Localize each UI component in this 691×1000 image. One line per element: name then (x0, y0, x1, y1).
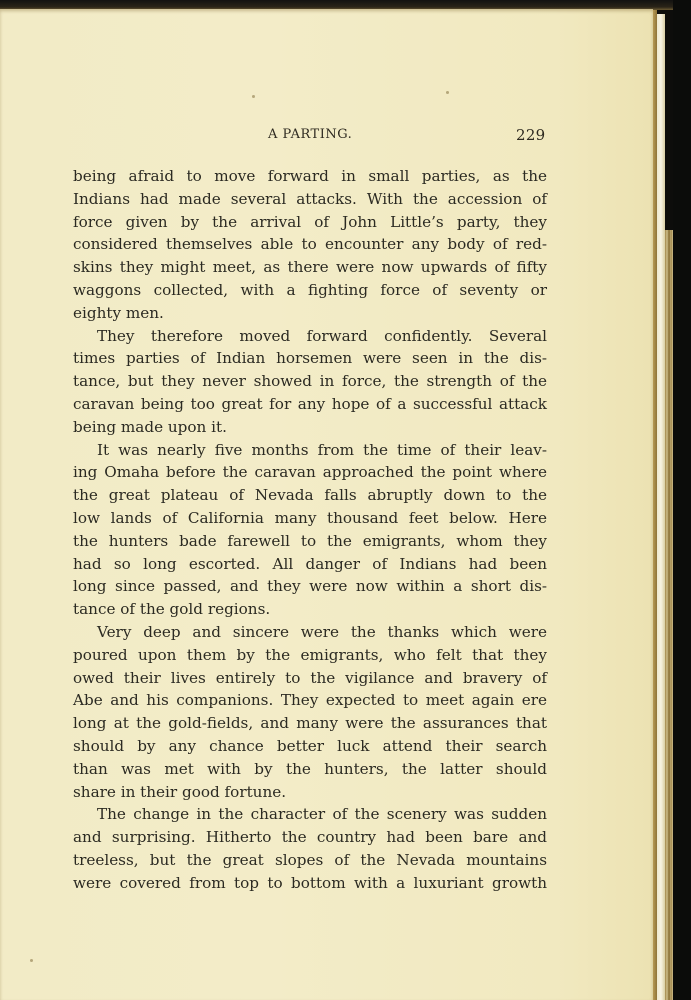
text-line: treeless, but the great slopes of the Ne… (73, 849, 547, 872)
text-line: They therefore moved forward confidently… (73, 325, 547, 348)
text-line: were covered from top to bottom with a l… (73, 872, 547, 895)
binding-shadow (673, 0, 691, 1000)
paper-speck (252, 95, 255, 98)
text-line: the great plateau of Nevada falls abrupt… (73, 484, 547, 507)
paragraph: being afraid to move forward in small pa… (73, 165, 547, 325)
paper-speck (30, 959, 33, 962)
text-line: Abe and his companions. They expected to… (73, 689, 547, 712)
body-text: being afraid to move forward in small pa… (73, 165, 547, 895)
paragraph: The change in the character of the scene… (73, 803, 547, 894)
text-line: and surprising. Hitherto the country had… (73, 826, 547, 849)
text-line: considered themselves able to encounter … (73, 233, 547, 256)
text-line: low lands of California many thousand fe… (73, 507, 547, 530)
page-stack-edges (665, 230, 673, 1000)
text-line: long at the gold-fields, and many were t… (73, 712, 547, 735)
text-line: tance, but they never showed in force, t… (73, 370, 547, 393)
text-line: waggons collected, with a fighting force… (73, 279, 547, 302)
text-line: should by any chance better luck attend … (73, 735, 547, 758)
paper-speck (446, 91, 449, 94)
paragraph: Very deep and sincere were the thanks wh… (73, 621, 547, 803)
text-line: Indians had made several attacks. With t… (73, 188, 547, 211)
text-line: Very deep and sincere were the thanks wh… (73, 621, 547, 644)
running-title: A PARTING. (268, 127, 352, 142)
text-line: The change in the character of the scene… (73, 803, 547, 826)
text-line: share in their good fortune. (73, 781, 547, 804)
text-line: eighty men. (73, 302, 547, 325)
text-line: times parties of Indian horsemen were se… (73, 347, 547, 370)
text-line: skins they might meet, as there were now… (73, 256, 547, 279)
text-line: being afraid to move forward in small pa… (73, 165, 547, 188)
text-line: tance of the gold regions. (73, 598, 547, 621)
text-line: the hunters bade farewell to the emigran… (73, 530, 547, 553)
paragraph: It was nearly five months from the time … (73, 439, 547, 621)
text-line: poured upon them by the emigrants, who f… (73, 644, 547, 667)
text-line: had so long escorted. All danger of Indi… (73, 553, 547, 576)
page-number: 229 (516, 126, 546, 144)
text-line: force given by the arrival of John Littl… (73, 211, 547, 234)
paragraph: They therefore moved forward confidently… (73, 325, 547, 439)
text-line: being made upon it. (73, 416, 547, 439)
text-line: caravan being too great for any hope of … (73, 393, 547, 416)
text-line: than was met with by the hunters, the la… (73, 758, 547, 781)
text-line: It was nearly five months from the time … (73, 439, 547, 462)
text-line: long since passed, and they were now wit… (73, 575, 547, 598)
page-edge-light (657, 14, 665, 1000)
scanned-book-page: A PARTING. 229 being afraid to move forw… (0, 0, 691, 1000)
text-line: ing Omaha before the caravan approached … (73, 461, 547, 484)
text-line: owed their lives entirely to the vigilan… (73, 667, 547, 690)
